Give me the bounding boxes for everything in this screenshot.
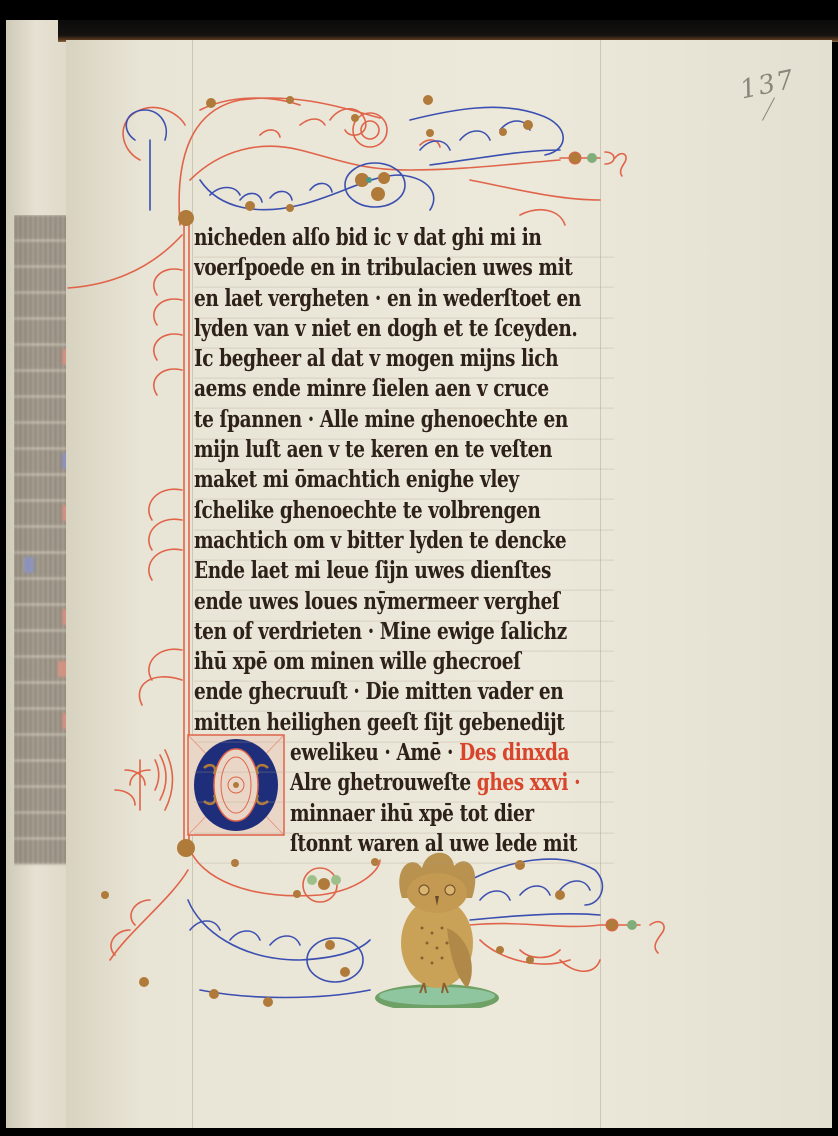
rubric: ghes xxvi · xyxy=(477,771,580,797)
owl-illustration xyxy=(372,848,502,1008)
text-line: ſtonnt waren al uwe lede mit xyxy=(194,826,614,864)
photo-frame: 137 xyxy=(0,0,838,1136)
rubric: Des dinxda xyxy=(459,740,569,766)
manuscript-text-block: nicheden alſo bid ic v dat ghi mi in voe… xyxy=(194,224,614,860)
